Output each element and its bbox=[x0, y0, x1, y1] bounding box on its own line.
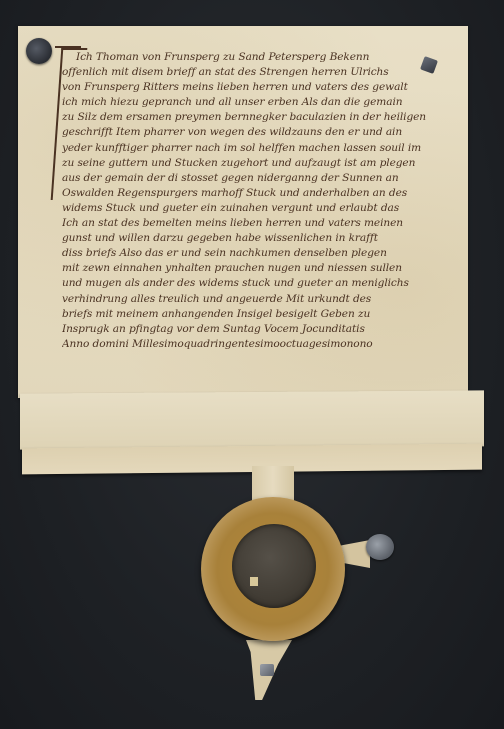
wax-seal-impression bbox=[232, 524, 316, 608]
round-magnet-icon bbox=[26, 38, 52, 64]
text-line: zu seine guttern und Stucken zugehort un… bbox=[62, 156, 462, 171]
parchment-fold-plica bbox=[20, 390, 484, 449]
text-line: aus der gemain der di stosset gegen nide… bbox=[62, 171, 462, 186]
text-line: briefs mit meinem anhangenden Insigel be… bbox=[62, 307, 462, 322]
text-line: diss briefs Also das er und sein nachkum… bbox=[62, 246, 462, 261]
text-line: geschrifft Item pharrer von wegen des wi… bbox=[62, 125, 462, 140]
text-line: Insprugk an pfingtag vor dem Suntag Voce… bbox=[62, 322, 462, 337]
seal-chip bbox=[250, 577, 258, 586]
text-line: zu Silz dem ersamen preymen bernnegker b… bbox=[62, 110, 462, 125]
round-magnet-icon bbox=[366, 534, 394, 560]
text-line: yeder kunfftiger pharrer nach im sol hel… bbox=[62, 141, 462, 156]
text-line: mit zewn einnahen ynhalten prauchen nuge… bbox=[62, 261, 462, 276]
text-line: ich mich hiezu gepranch und all unser er… bbox=[62, 95, 462, 110]
charter-text: Ich Thoman von Frunsperg zu Sand Petersp… bbox=[62, 50, 462, 352]
text-line: und mugen als ander des widems stuck und… bbox=[62, 276, 462, 291]
text-line: Ich an stat des bemelten meins lieben he… bbox=[62, 216, 462, 231]
text-line: gunst und willen darzu gegeben habe wiss… bbox=[62, 231, 462, 246]
text-line: widems Stuck und gueter ein zuinahen ver… bbox=[62, 201, 462, 216]
text-line: Oswalden Regenspurgers marhoff Stuck und… bbox=[62, 186, 462, 201]
text-line: Anno domini Millesimoquadringentesimooct… bbox=[62, 337, 462, 352]
text-line: von Frunsperg Ritters meins lieben herre… bbox=[62, 80, 462, 95]
square-magnet-icon bbox=[260, 664, 274, 676]
text-line: Ich Thoman von Frunsperg zu Sand Petersp… bbox=[62, 50, 462, 65]
text-line: offenlich mit disem brieff an stat des S… bbox=[62, 65, 462, 80]
initial-flourish bbox=[55, 46, 81, 48]
text-line: verhindrung alles treulich und angeuerde… bbox=[62, 292, 462, 307]
